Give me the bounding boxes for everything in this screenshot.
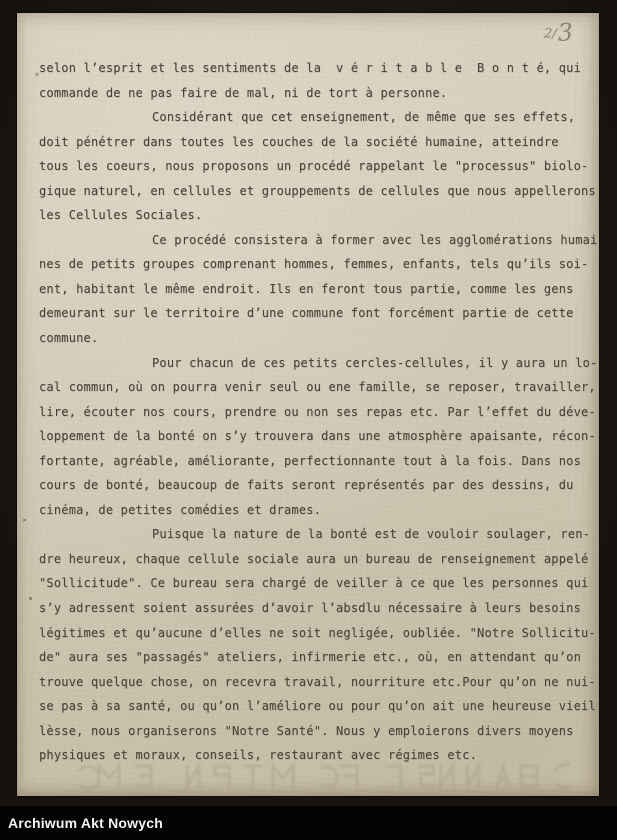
typewritten-text: selon l’esprit et les sentiments de la v… xyxy=(39,56,595,768)
document-line: nes de petits groupes comprenant hommes,… xyxy=(39,252,595,277)
document-page: 2/ 3 selon l’esprit et les sentiments de… xyxy=(17,13,599,796)
document-line: Puisque la nature de la bonté est de vou… xyxy=(39,522,595,547)
document-line: s’y adressent soient assurées d’avoir l’… xyxy=(39,596,595,621)
document-line: lire, écouter nos cours, prendre ou non … xyxy=(39,400,595,425)
document-line: Ce procédé consistera à former avec les … xyxy=(39,228,595,253)
page-number: 3 xyxy=(557,20,574,45)
paper-speck xyxy=(29,597,32,600)
document-line: dre heureux, chaque cellule sociale aura… xyxy=(39,547,595,572)
paper-speck xyxy=(23,519,26,521)
document-line: lèsse, nous organiserons "Notre Santé". … xyxy=(39,719,595,744)
document-line: Considérant que cet enseignement, de mêm… xyxy=(39,105,595,130)
archive-footer-bar: Archiwum Akt Nowych xyxy=(0,806,617,840)
document-line: demeurant sur le territoire d’une commun… xyxy=(39,301,595,326)
document-line: gique naturel, en cellules et grouppemen… xyxy=(39,179,595,204)
document-line: commune. xyxy=(39,326,595,351)
document-line: physiques et moraux, conseils, restauran… xyxy=(39,743,595,768)
scan-background: 2/ 3 selon l’esprit et les sentiments de… xyxy=(0,0,617,806)
scan-viewer: 2/ 3 selon l’esprit et les sentiments de… xyxy=(0,0,617,840)
handwritten-page-number: 2/ 3 xyxy=(543,20,574,46)
document-line: tous les coeurs, nous proposons un procé… xyxy=(39,154,595,179)
document-line: les Cellules Sociales. xyxy=(39,203,595,228)
document-line: fortante, agréable, améliorante, perfect… xyxy=(39,449,595,474)
document-line: "Sollicitude". Ce bureau sera chargé de … xyxy=(39,571,595,596)
struck-page-number: 2/ xyxy=(544,26,557,41)
document-line: Pour chacun de ces petits cercles-cellul… xyxy=(39,351,595,376)
document-line: cinéma, de petites comédies et drames. xyxy=(39,498,595,523)
document-line: trouve quelque chose, on recevra travail… xyxy=(39,670,595,695)
document-line: loppement de la bonté on s’y trouvera da… xyxy=(39,424,595,449)
archive-name-label: Archiwum Akt Nowych xyxy=(8,815,163,831)
document-line: légitimes et qu’aucune d’elles ne soit n… xyxy=(39,621,595,646)
document-line: doit pénétrer dans toutes les couches de… xyxy=(39,130,595,155)
document-line: cal commun, où on pourra venir seul ou e… xyxy=(39,375,595,400)
document-line: ent, habitant le même endroit. Ils en fe… xyxy=(39,277,595,302)
document-line: de" aura ses "passagés" ateliers, infirm… xyxy=(39,645,595,670)
document-line: se pas à sa santé, ou qu’on l’améliore o… xyxy=(39,694,595,719)
document-line: selon l’esprit et les sentiments de la v… xyxy=(39,56,595,81)
document-line: commande de ne pas faire de mal, ni de t… xyxy=(39,81,595,106)
document-line: cours de bonté, beaucoup de faits seront… xyxy=(39,473,595,498)
